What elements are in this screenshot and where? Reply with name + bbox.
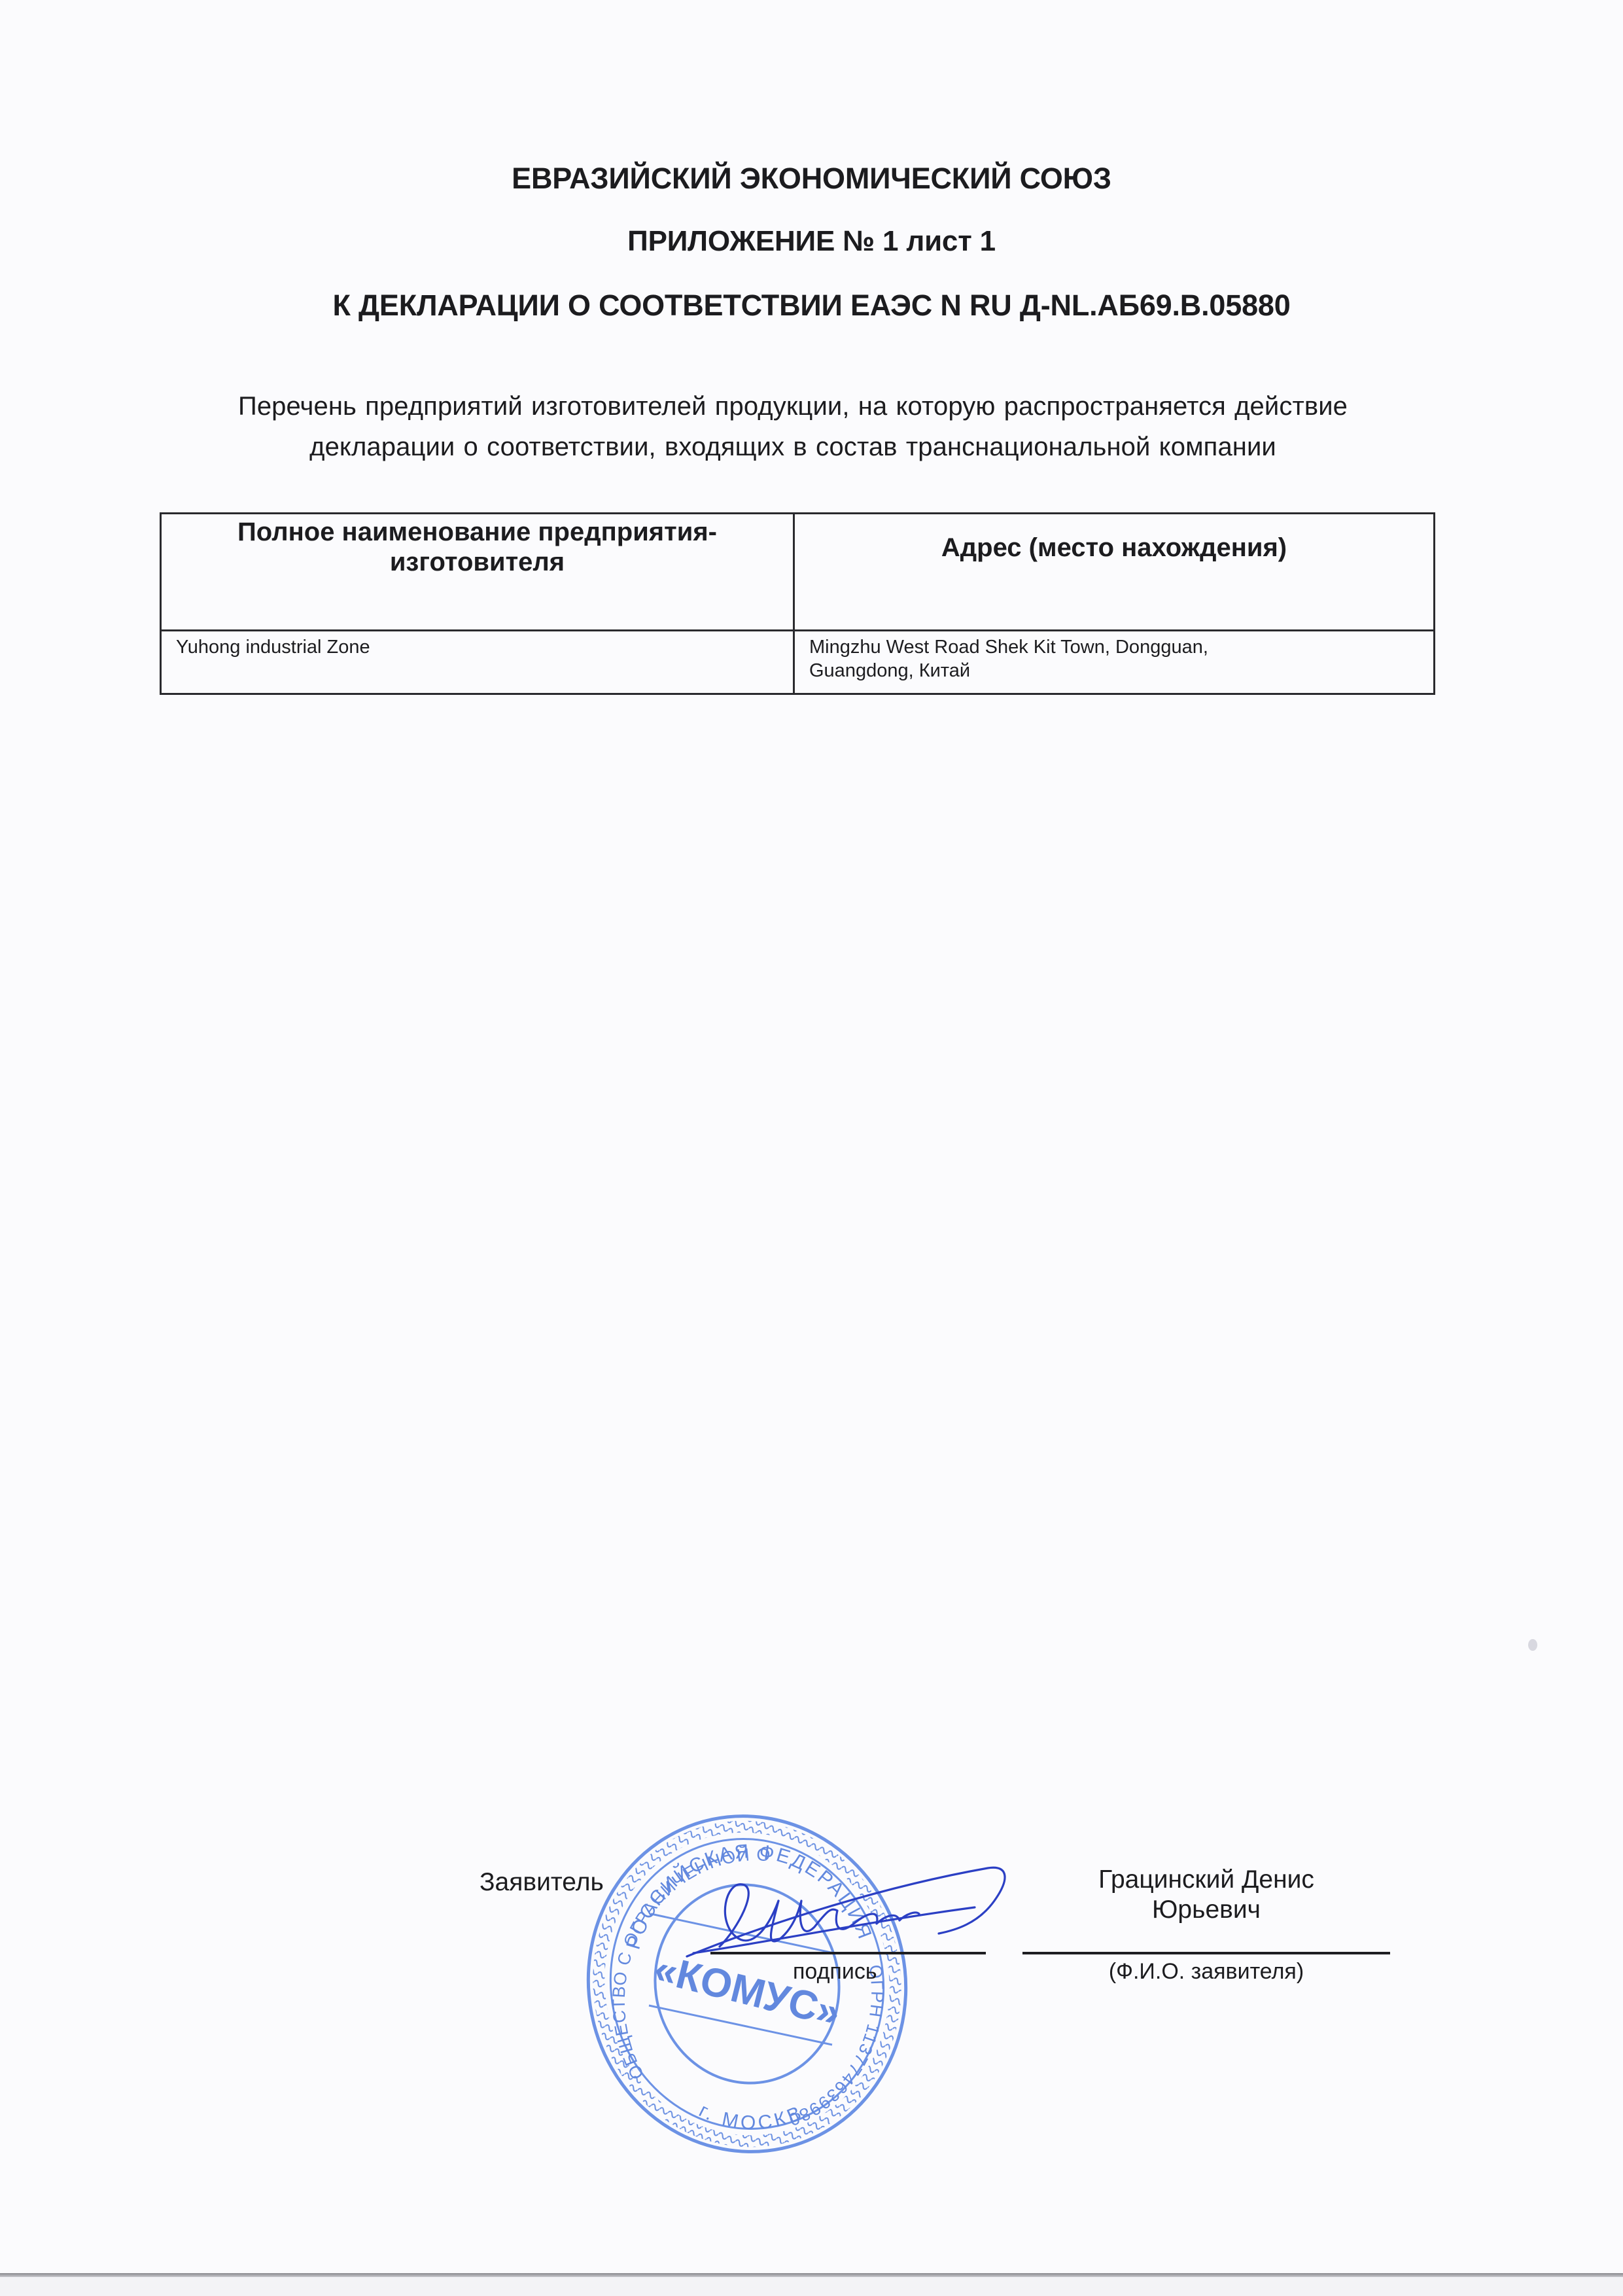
column-header-name-line-2: изготовителя — [162, 547, 793, 577]
table-header-row: Полное наименование предприятия- изготов… — [161, 514, 1435, 631]
cell-manufacturer-name: Yuhong industrial Zone — [161, 631, 794, 694]
address-line-2: Guangdong, Китай — [809, 659, 1420, 682]
description-line-1: Перечень предприятий изготовителей проду… — [0, 386, 1586, 427]
union-title: ЕВРАЗИЙСКИЙ ЭКОНОМИЧЕСКИЙ СОЮЗ — [0, 162, 1623, 196]
scan-speck — [1528, 1639, 1537, 1651]
document-page: ЕВРАЗИЙСКИЙ ЭКОНОМИЧЕСКИЙ СОЮЗ ПРИЛОЖЕНИ… — [0, 0, 1623, 2274]
applicant-name-line-2: Юрьевич — [1022, 1895, 1390, 1925]
appendix-title: ПРИЛОЖЕНИЕ № 1 лист 1 — [0, 224, 1623, 258]
name-line — [1022, 1952, 1390, 1954]
handwritten-signature-icon — [680, 1848, 1007, 1966]
cell-manufacturer-address: Mingzhu West Road Shek Kit Town, Donggua… — [794, 631, 1435, 694]
column-header-address: Адрес (место нахождения) — [794, 514, 1435, 631]
description-paragraph: Перечень предприятий изготовителей проду… — [0, 386, 1586, 467]
description-line-2: декларации о соответствии, входящих в со… — [0, 427, 1586, 467]
name-caption: (Ф.И.О. заявителя) — [1022, 1958, 1390, 1985]
declaration-reference: К ДЕКЛАРАЦИИ О СООТВЕТСТВИИ ЕАЭС N RU Д-… — [0, 289, 1623, 323]
signature-line — [710, 1952, 986, 1954]
table-row: Yuhong industrial Zone Mingzhu West Road… — [161, 631, 1435, 694]
manufacturers-table: Полное наименование предприятия- изготов… — [160, 512, 1435, 695]
scanner-background — [0, 2277, 1623, 2296]
signature-caption: подпись — [793, 1958, 877, 1985]
applicant-full-name: Грацинский Денис Юрьевич — [1022, 1865, 1390, 1925]
column-header-name-line-1: Полное наименование предприятия- — [162, 517, 793, 547]
address-line-1: Mingzhu West Road Shek Kit Town, Donggua… — [809, 635, 1420, 659]
column-header-name: Полное наименование предприятия- изготов… — [161, 514, 794, 631]
applicant-name-line-1: Грацинский Денис — [1022, 1865, 1390, 1895]
